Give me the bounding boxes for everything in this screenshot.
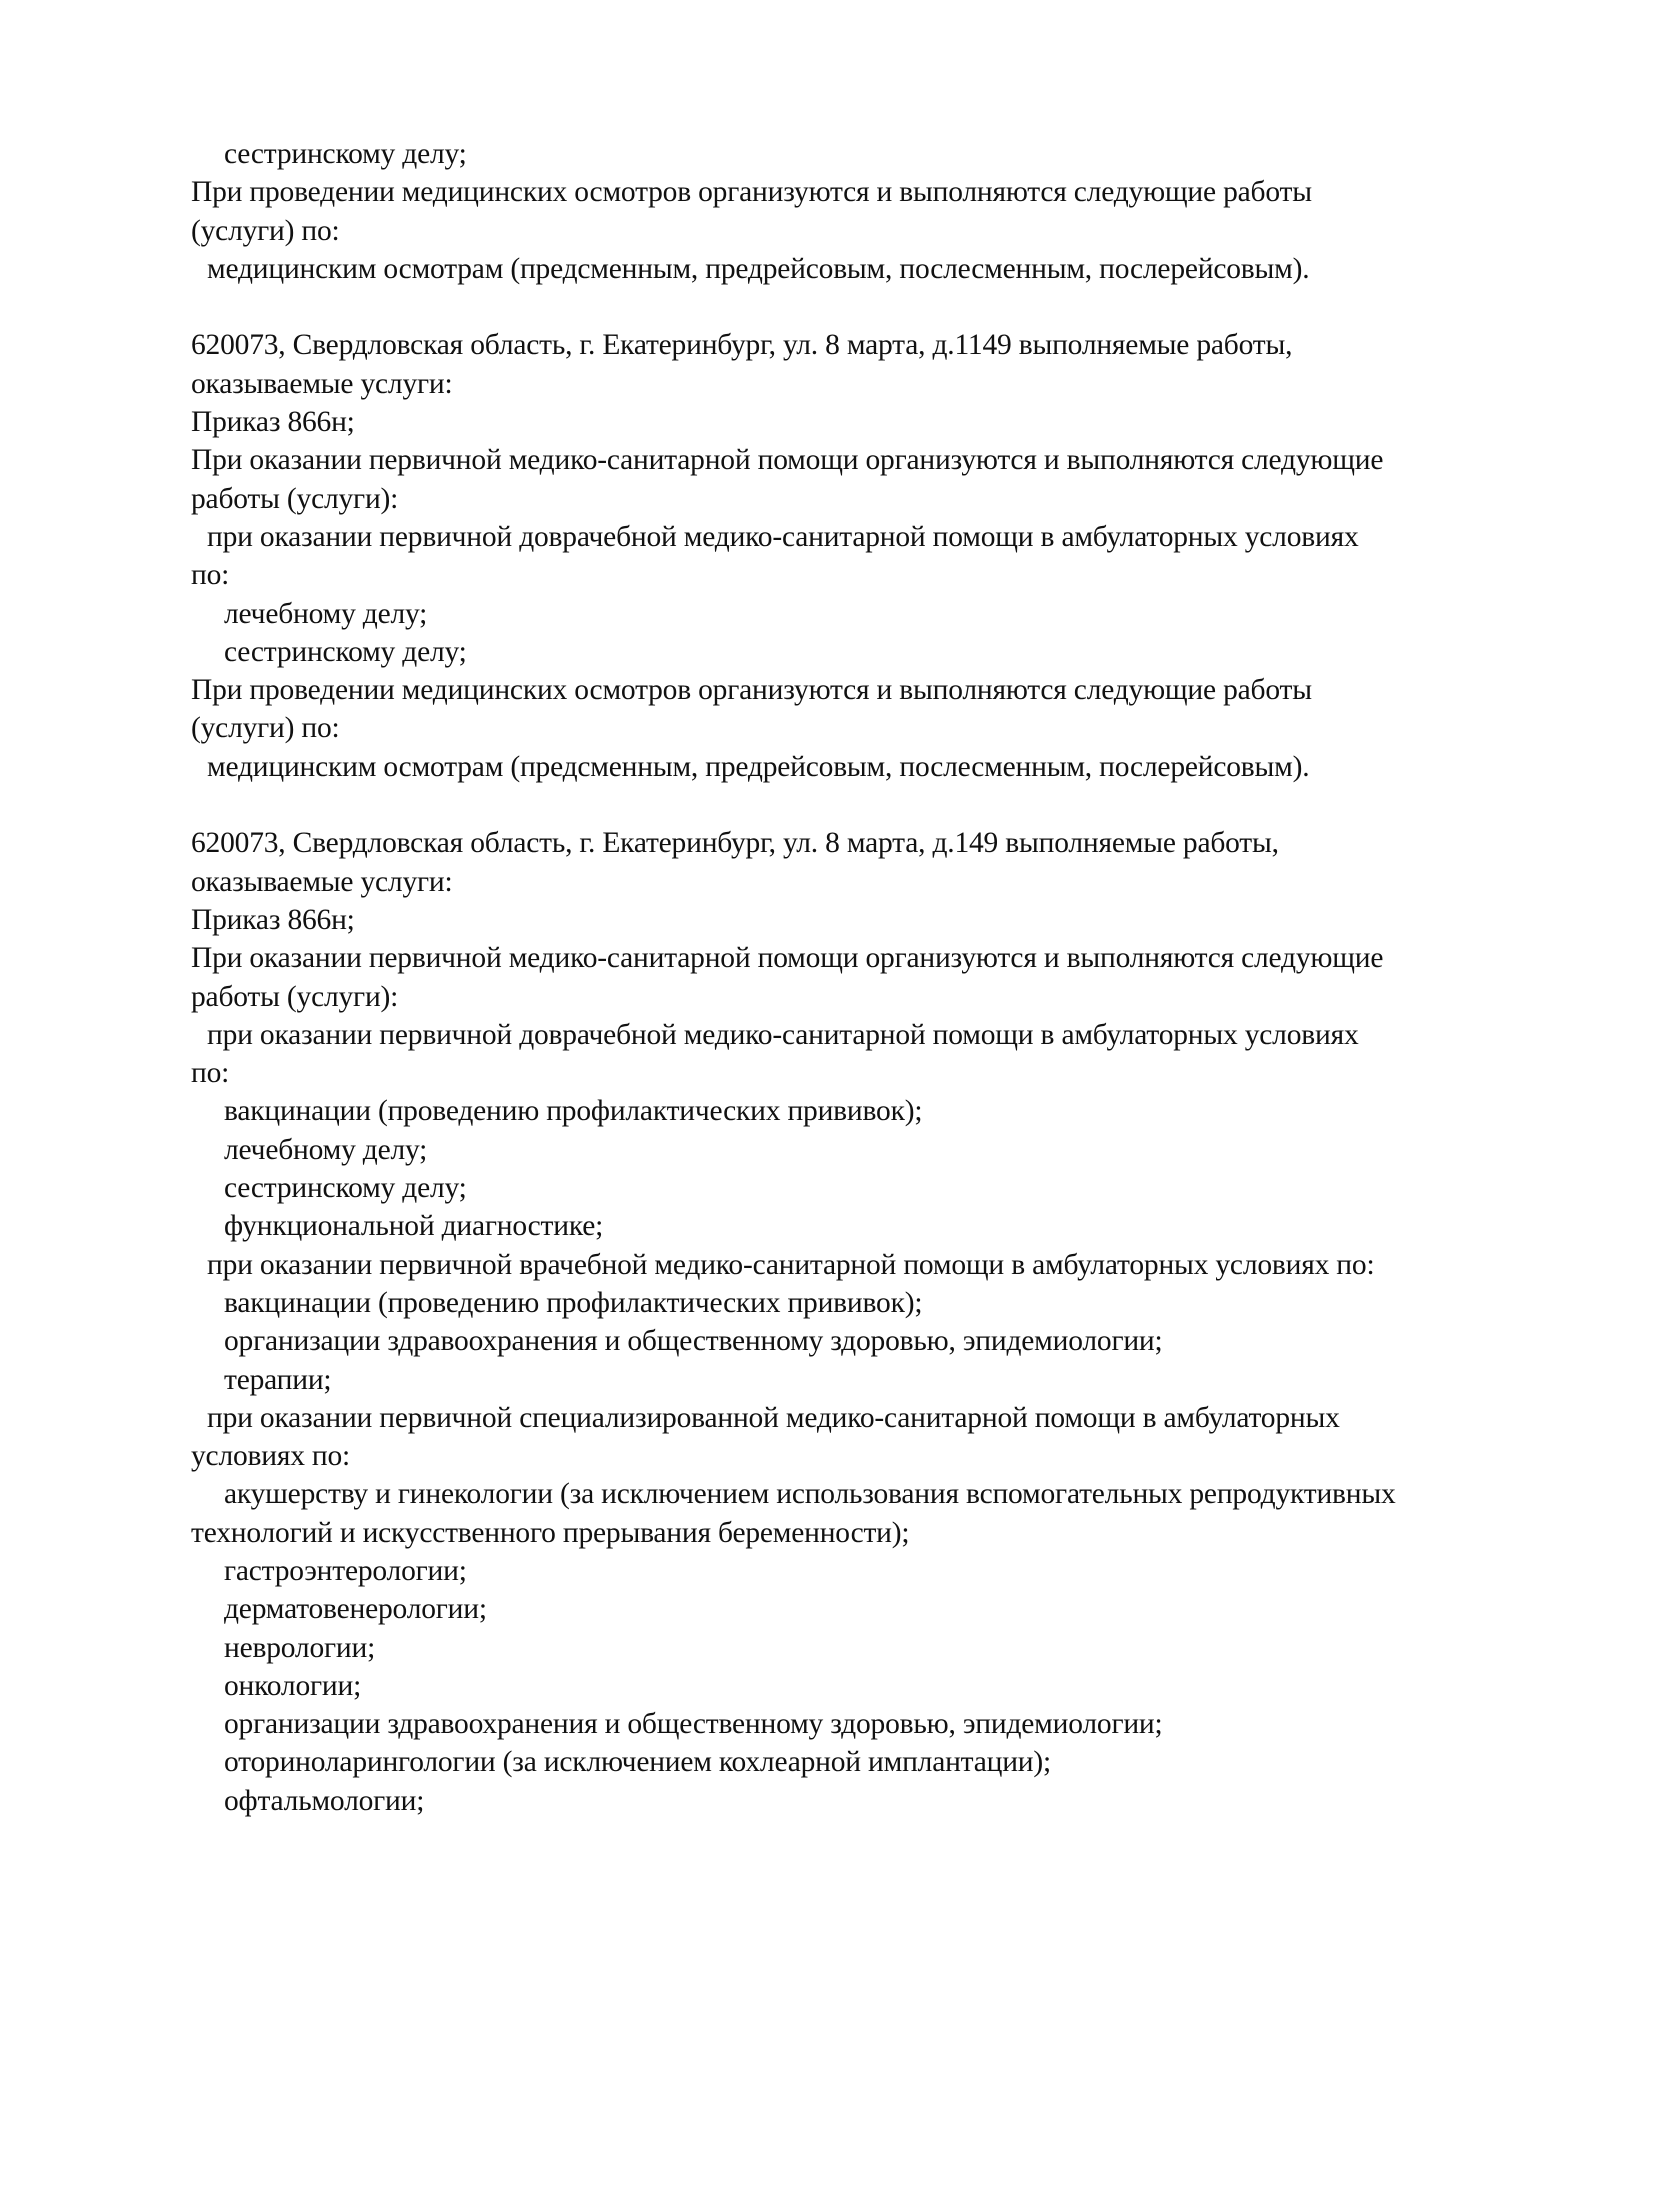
list-item: вакцинации (проведению профилактических … bbox=[191, 1092, 1571, 1130]
text-line: оказываемые услуги: bbox=[191, 863, 1571, 901]
text-line: (услуги) по: bbox=[191, 709, 1571, 747]
list-item: гастроэнтерологии; bbox=[191, 1552, 1571, 1590]
text-line: Приказ 866н; bbox=[191, 403, 1571, 441]
list-item: онкологии; bbox=[191, 1667, 1571, 1705]
text-line: по: bbox=[191, 1054, 1571, 1092]
sub-heading-line: медицинским осмотрам (предсменным, предр… bbox=[191, 250, 1571, 288]
text-line: При проведении медицинских осмотров орга… bbox=[191, 671, 1571, 709]
text-line: оказываемые услуги: bbox=[191, 365, 1571, 403]
list-item: офтальмологии; bbox=[191, 1782, 1571, 1820]
list-item: оториноларингологии (за исключением кохл… bbox=[191, 1743, 1571, 1781]
list-item: функциональной диагностике; bbox=[191, 1207, 1571, 1245]
list-item: сестринскому делу; bbox=[191, 633, 1571, 671]
blank-line bbox=[191, 786, 1571, 824]
sub-heading-line: при оказании первичной специализированно… bbox=[191, 1399, 1571, 1437]
list-item: вакцинации (проведению профилактических … bbox=[191, 1284, 1571, 1322]
text-line: работы (услуги): bbox=[191, 480, 1571, 518]
list-item: сестринскому делу; bbox=[191, 1169, 1571, 1207]
text-line: условиях по: bbox=[191, 1437, 1571, 1475]
text-line: При оказании первичной медико-санитарной… bbox=[191, 939, 1571, 977]
list-item: неврологии; bbox=[191, 1629, 1571, 1667]
text-line: При проведении медицинских осмотров орга… bbox=[191, 173, 1571, 211]
list-item: организации здравоохранения и общественн… bbox=[191, 1322, 1571, 1360]
list-item: сестринскому делу; bbox=[191, 135, 1571, 173]
text-line: по: bbox=[191, 556, 1571, 594]
text-line: (услуги) по: bbox=[191, 212, 1571, 250]
sub-heading-line: при оказании первичной доврачебной медик… bbox=[191, 1016, 1571, 1054]
text-line: технологий и искусственного прерывания б… bbox=[191, 1514, 1571, 1552]
text-line: работы (услуги): bbox=[191, 978, 1571, 1016]
list-item: дерматовенерологии; bbox=[191, 1590, 1571, 1628]
sub-heading-line: при оказании первичной доврачебной медик… bbox=[191, 518, 1571, 556]
list-item: лечебному делу; bbox=[191, 1131, 1571, 1169]
blank-line bbox=[191, 288, 1571, 326]
list-item: терапии; bbox=[191, 1361, 1571, 1399]
text-line: Приказ 866н; bbox=[191, 901, 1571, 939]
list-item: лечебному делу; bbox=[191, 595, 1571, 633]
list-item: акушерству и гинекологии (за исключением… bbox=[191, 1475, 1571, 1513]
sub-heading-line: при оказании первичной врачебной медико-… bbox=[191, 1246, 1571, 1284]
document-page: сестринскому делу;При проведении медицин… bbox=[191, 135, 1571, 1820]
list-item: организации здравоохранения и общественн… bbox=[191, 1705, 1571, 1743]
text-line: 620073, Свердловская область, г. Екатери… bbox=[191, 326, 1571, 364]
sub-heading-line: медицинским осмотрам (предсменным, предр… bbox=[191, 748, 1571, 786]
text-line: При оказании первичной медико-санитарной… bbox=[191, 441, 1571, 479]
text-line: 620073, Свердловская область, г. Екатери… bbox=[191, 824, 1571, 862]
